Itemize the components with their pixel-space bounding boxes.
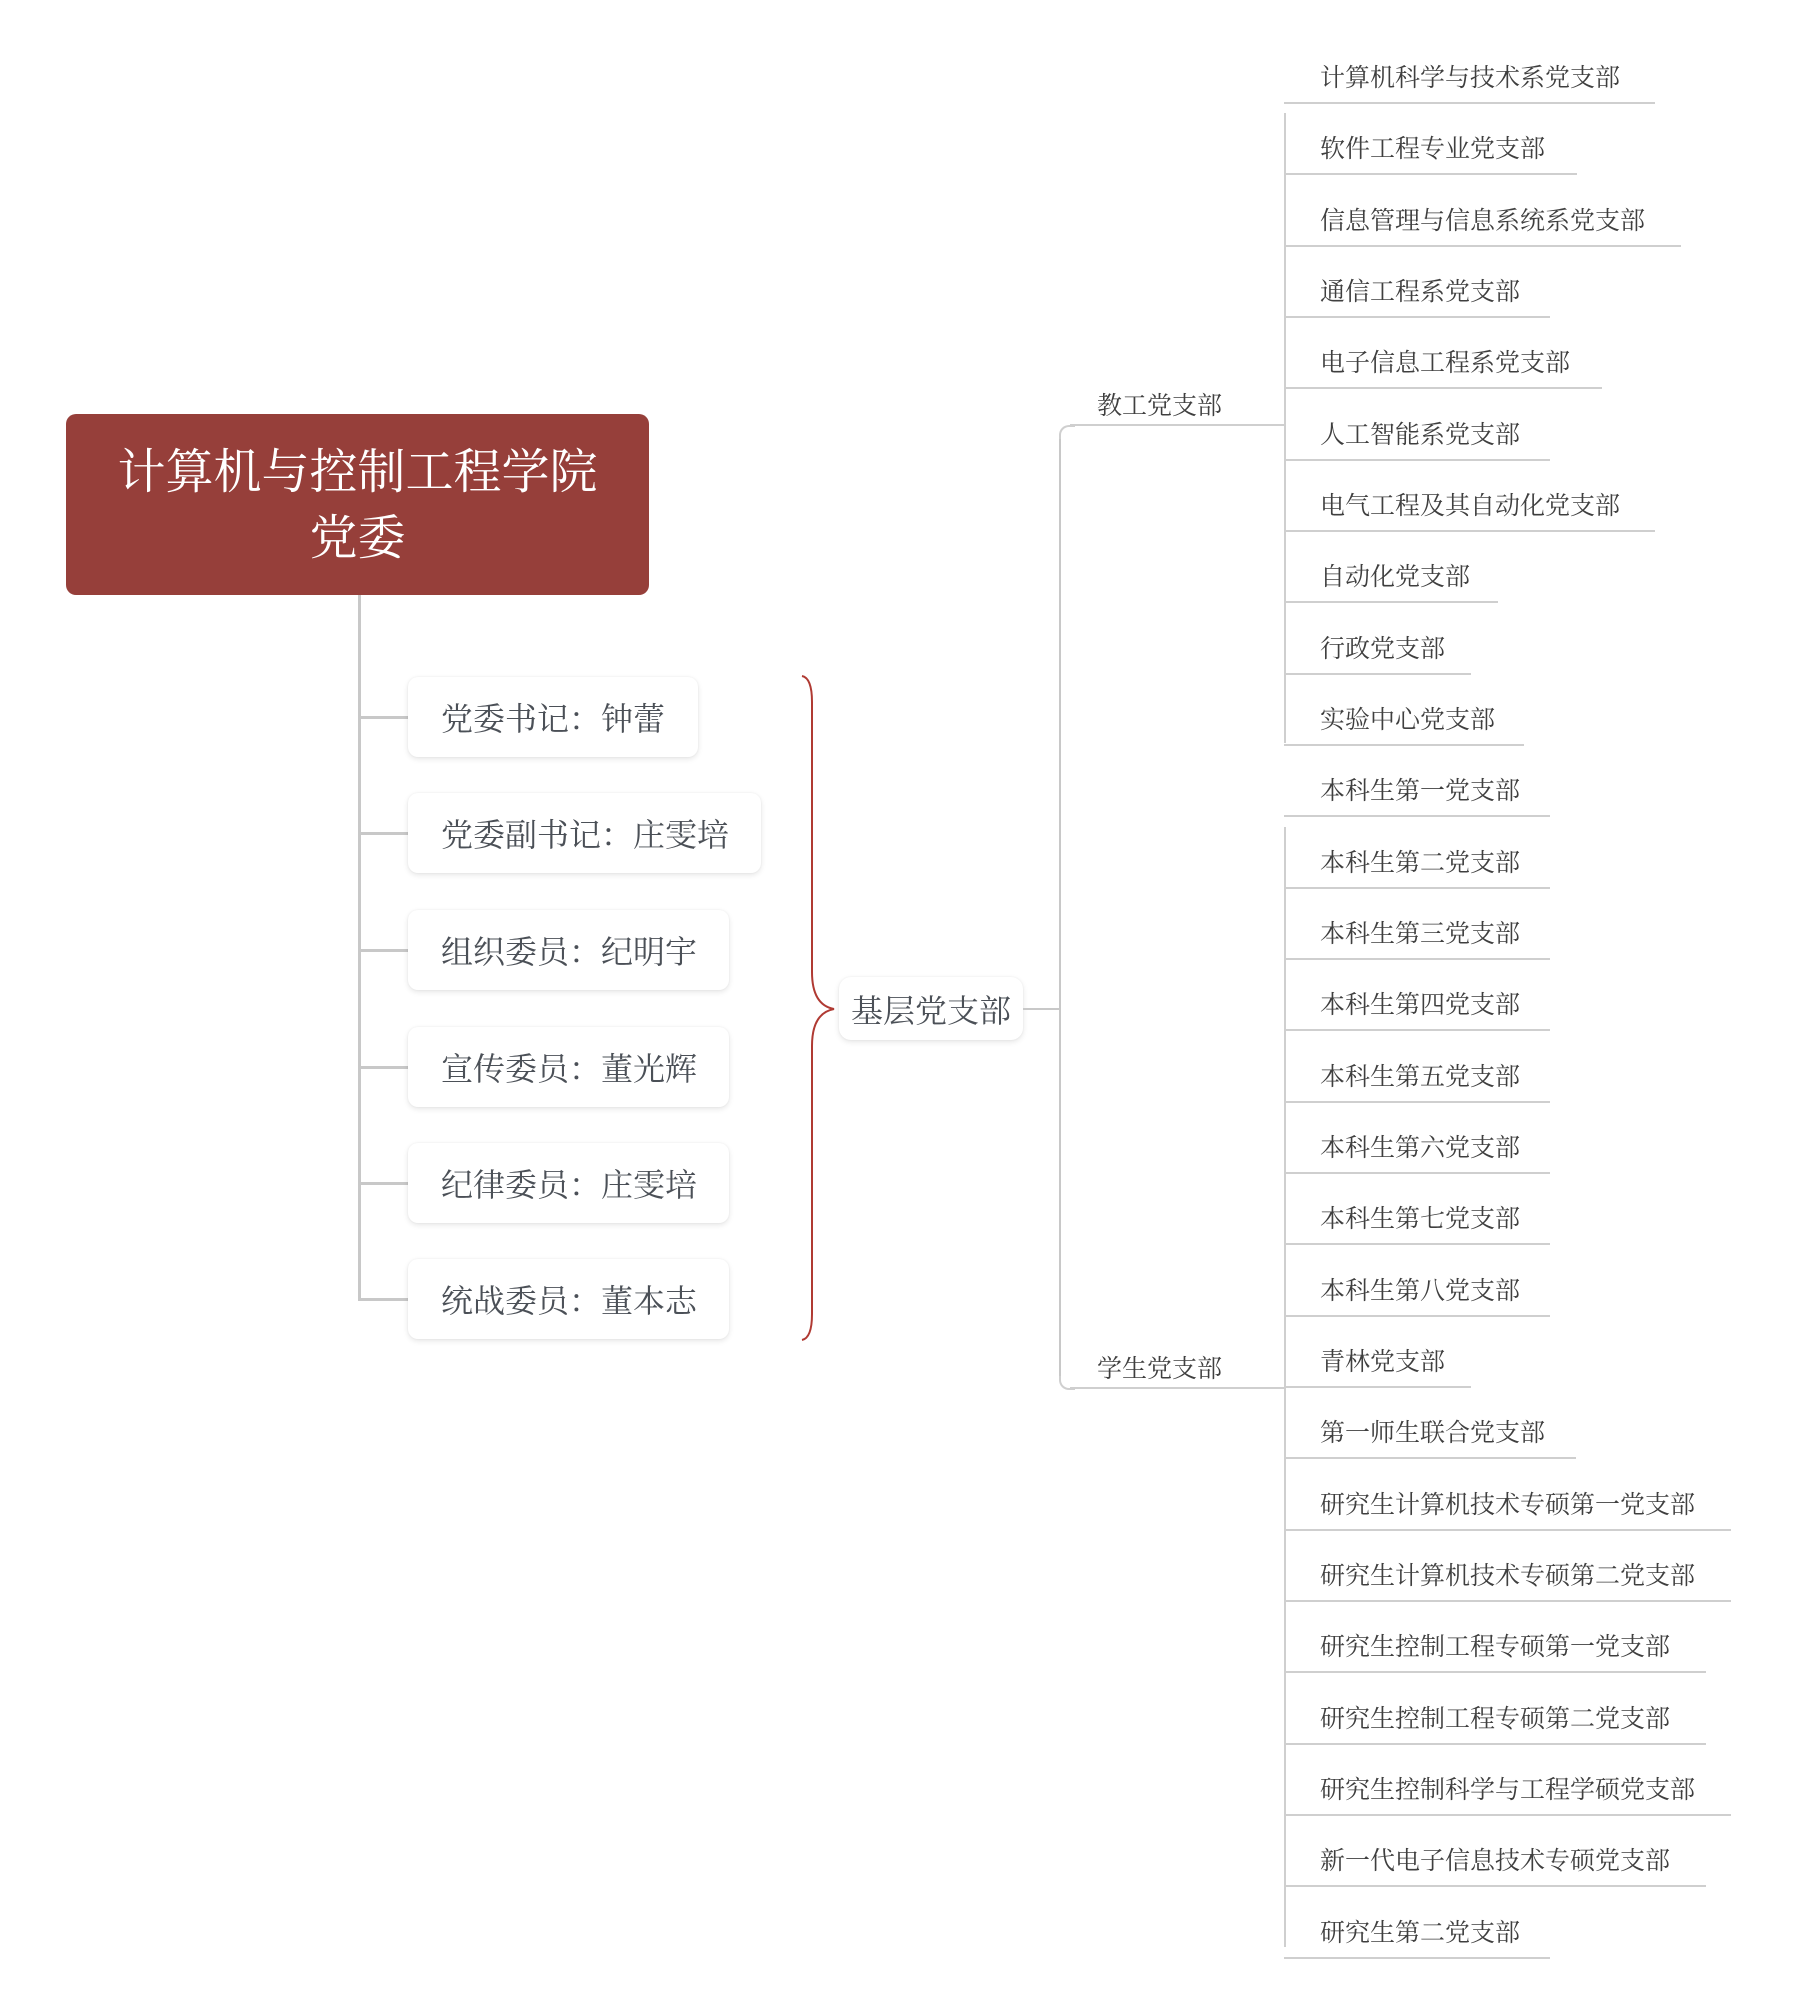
branch-item[interactable]: 信息管理与信息系统系党支部: [1284, 176, 1681, 247]
branch-item[interactable]: 电子信息工程系党支部: [1284, 318, 1602, 389]
branch-item[interactable]: 本科生第四党支部: [1284, 960, 1550, 1031]
member-label: 宣传委员：董光辉: [441, 1044, 697, 1090]
branch-label: 行政党支部: [1320, 629, 1445, 665]
branch-label: 本科生第三党支部: [1320, 914, 1520, 950]
summary-label: 基层党支部: [851, 986, 1011, 1032]
member-connector: [358, 949, 408, 952]
branch-item[interactable]: 本科生第八党支部: [1284, 1246, 1550, 1317]
summary-node[interactable]: 基层党支部: [839, 977, 1023, 1040]
branch-item[interactable]: 本科生第二党支部: [1284, 818, 1550, 889]
member-label: 纪律委员：庄雯培: [441, 1160, 697, 1206]
branch-item[interactable]: 本科生第一党支部: [1284, 746, 1550, 817]
branch-label: 青林党支部: [1320, 1342, 1445, 1378]
branch-item[interactable]: 第一师生联合党支部: [1284, 1388, 1576, 1459]
branch-item[interactable]: 行政党支部: [1284, 604, 1471, 675]
branch-item[interactable]: 新一代电子信息技术专硕党支部: [1284, 1816, 1706, 1887]
branch-label: 研究生控制工程专硕第二党支部: [1320, 1699, 1670, 1735]
branch-label: 新一代电子信息技术专硕党支部: [1320, 1841, 1670, 1877]
branch-label: 电子信息工程系党支部: [1320, 343, 1570, 379]
member-label: 党委书记：钟蕾: [441, 694, 665, 740]
member-card[interactable]: 组织委员：纪明宇: [408, 910, 729, 990]
category-label-student[interactable]: 学生党支部: [1097, 1349, 1222, 1385]
branch-item[interactable]: 研究生计算机技术专硕第一党支部: [1284, 1460, 1731, 1531]
member-card[interactable]: 统战委员：董本志: [408, 1259, 729, 1339]
branch-item[interactable]: 电气工程及其自动化党支部: [1284, 461, 1655, 532]
member-connector: [358, 1182, 408, 1185]
branch-label: 研究生控制工程专硕第一党支部: [1320, 1627, 1670, 1663]
member-card[interactable]: 党委副书记：庄雯培: [408, 793, 761, 873]
category-curve: [1059, 425, 1075, 439]
branch-item[interactable]: 实验中心党支部: [1284, 675, 1524, 746]
branch-label: 研究生第二党支部: [1320, 1913, 1520, 1949]
branch-label: 本科生第二党支部: [1320, 843, 1520, 879]
branch-item[interactable]: 本科生第七党支部: [1284, 1174, 1550, 1245]
branch-label: 研究生计算机技术专硕第二党支部: [1320, 1556, 1695, 1592]
member-connector: [358, 832, 408, 835]
member-card[interactable]: 党委书记：钟蕾: [408, 677, 698, 757]
branch-item[interactable]: 青林党支部: [1284, 1317, 1471, 1388]
category-trunk: [1059, 436, 1061, 1378]
branch-label: 研究生计算机技术专硕第一党支部: [1320, 1485, 1695, 1521]
branch-item[interactable]: 本科生第三党支部: [1284, 889, 1550, 960]
category-underline: [1070, 1387, 1285, 1389]
branch-label: 电气工程及其自动化党支部: [1320, 486, 1620, 522]
branch-label: 软件工程专业党支部: [1320, 129, 1545, 165]
branch-label: 信息管理与信息系统系党支部: [1320, 201, 1645, 237]
branch-item[interactable]: 研究生第二党支部: [1284, 1888, 1550, 1959]
summary-brace: [798, 672, 838, 1344]
summary-connector: [1023, 1008, 1061, 1010]
branch-label: 本科生第五党支部: [1320, 1057, 1520, 1093]
member-card[interactable]: 宣传委员：董光辉: [408, 1027, 729, 1107]
branch-item[interactable]: 本科生第六党支部: [1284, 1103, 1550, 1174]
branch-item[interactable]: 研究生控制科学与工程学硕党支部: [1284, 1745, 1731, 1816]
member-label: 组织委员：纪明宇: [441, 927, 697, 973]
branch-label: 本科生第四党支部: [1320, 985, 1520, 1021]
branch-label: 人工智能系党支部: [1320, 415, 1520, 451]
branch-item[interactable]: 自动化党支部: [1284, 532, 1498, 603]
branch-item[interactable]: 研究生控制工程专硕第一党支部: [1284, 1602, 1706, 1673]
branch-label: 计算机科学与技术系党支部: [1320, 58, 1620, 94]
member-label: 党委副书记：庄雯培: [441, 810, 729, 856]
root-title-line1: 计算机与控制工程学院: [117, 439, 597, 505]
member-card[interactable]: 纪律委员：庄雯培: [408, 1143, 729, 1223]
branch-label: 本科生第一党支部: [1320, 771, 1520, 807]
member-label: 统战委员：董本志: [441, 1276, 697, 1322]
branch-label: 研究生控制科学与工程学硕党支部: [1320, 1770, 1695, 1806]
branch-label: 本科生第七党支部: [1320, 1199, 1520, 1235]
branch-item[interactable]: 研究生控制工程专硕第二党支部: [1284, 1674, 1706, 1745]
category-underline: [1070, 424, 1285, 426]
member-connector: [358, 716, 408, 719]
root-connector: [358, 595, 361, 1301]
branch-label: 第一师生联合党支部: [1320, 1413, 1545, 1449]
root-title-line2: 党委: [309, 505, 405, 571]
branch-label: 本科生第八党支部: [1320, 1271, 1520, 1307]
branch-label: 本科生第六党支部: [1320, 1128, 1520, 1164]
member-connector: [358, 1298, 408, 1301]
branch-item[interactable]: 通信工程系党支部: [1284, 247, 1550, 318]
branch-label: 通信工程系党支部: [1320, 272, 1520, 308]
branch-item[interactable]: 计算机科学与技术系党支部: [1284, 33, 1655, 104]
branch-item[interactable]: 软件工程专业党支部: [1284, 104, 1577, 175]
category-label-faculty[interactable]: 教工党支部: [1097, 386, 1222, 422]
branch-item[interactable]: 本科生第五党支部: [1284, 1032, 1550, 1103]
branch-label: 自动化党支部: [1320, 557, 1470, 593]
branch-label: 实验中心党支部: [1320, 700, 1495, 736]
branch-item[interactable]: 人工智能系党支部: [1284, 390, 1550, 461]
branch-item[interactable]: 研究生计算机技术专硕第二党支部: [1284, 1531, 1731, 1602]
root-topic[interactable]: 计算机与控制工程学院 党委: [66, 414, 649, 595]
member-connector: [358, 1066, 408, 1069]
